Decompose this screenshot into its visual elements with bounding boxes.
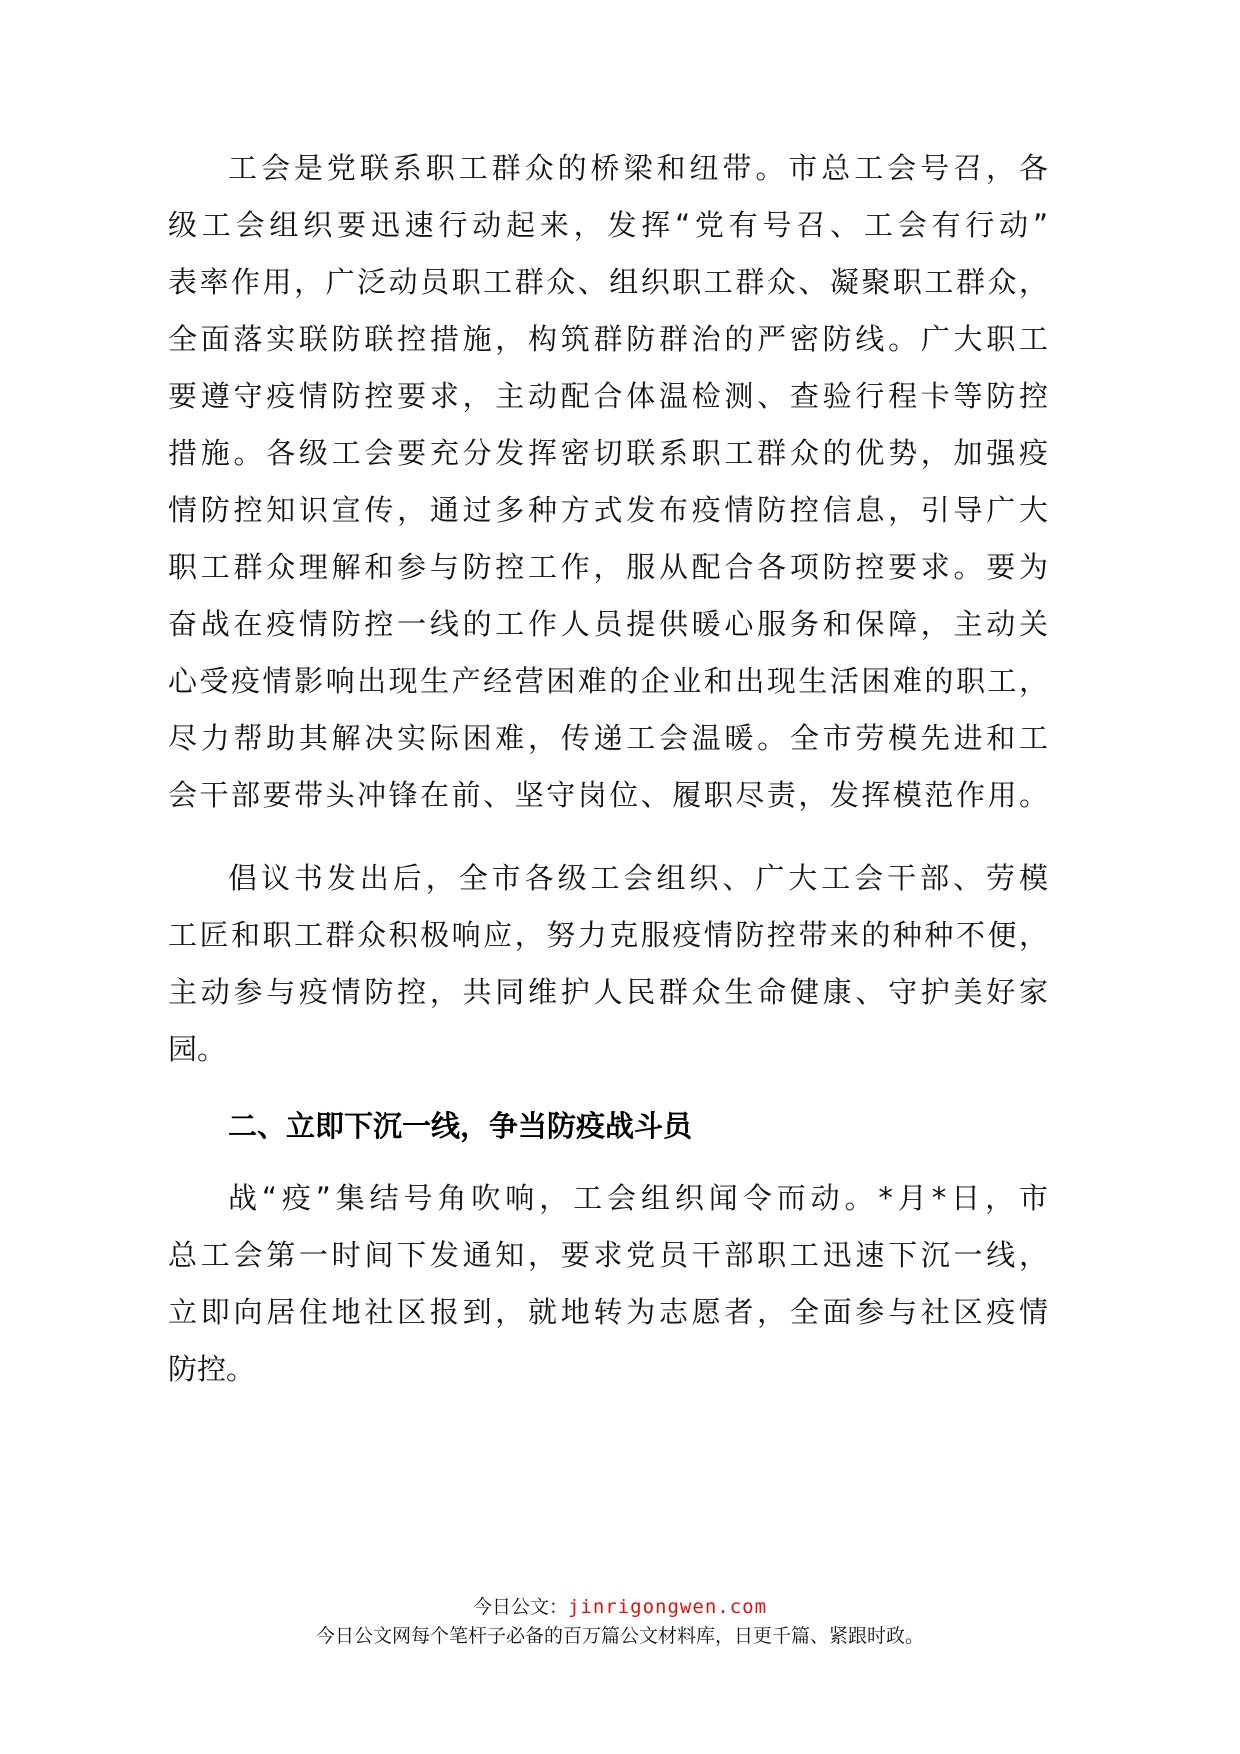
text-line: 级工会组织要迅速行动起来，发挥“党有号召、工会有行动” [168, 205, 1048, 245]
text-line: 总工会第一时间下发通知，要求党员干部职工迅速下沉一线， [168, 1235, 1048, 1275]
document-page: 工会是党联系职工群众的桥梁和纽带。市总工会号召，各 级工会组织要迅速行动起来，发… [0, 0, 1240, 1754]
text-line: 尽力帮助其解决实际困难，传递工会温暖。全市劳模先进和工 [168, 718, 1048, 758]
text-line: 职工群众理解和参与防控工作，服从配合各项防控要求。要为 [168, 547, 1048, 587]
footer-site-label: 今日公文： [473, 1596, 568, 1618]
text-line: 全面落实联防联控措施，构筑群防群治的严密防线。广大职工 [168, 319, 1048, 359]
section-heading: 二、立即下沉一线，争当防疫战斗员 [228, 1106, 692, 1146]
text-line: 奋战在疫情防控一线的工作人员提供暖心服务和保障，主动关 [168, 604, 1048, 644]
text-line: 立即向居住地社区报到，就地转为志愿者，全面参与社区疫情 [168, 1292, 1048, 1332]
text-line: 倡议书发出后，全市各级工会组织、广大工会干部、劳模 [228, 858, 1048, 898]
text-line: 园。 [168, 1029, 1048, 1069]
text-line: 防控。 [168, 1349, 1048, 1389]
text-line: 战“疫”集结号角吹响，工会组织闻令而动。*月*日，市 [228, 1178, 1048, 1218]
text-line: 要遵守疫情防控要求，主动配合体温检测、查验行程卡等防控 [168, 376, 1048, 416]
footer-slogan: 今日公文网每个笔杆子必备的百万篇公文材料库，日更千篇、紧跟时政。 [0, 1623, 1240, 1649]
text-line: 工会是党联系职工群众的桥梁和纽带。市总工会号召，各 [228, 148, 1048, 188]
text-line: 会干部要带头冲锋在前、坚守岗位、履职尽责，发挥模范作用。 [168, 775, 1048, 815]
text-line: 工匠和职工群众积极响应，努力克服疫情防控带来的种种不便， [168, 915, 1048, 955]
footer-site-link[interactable]: jinrigongwen.com [568, 1596, 767, 1618]
text-line: 措施。各级工会要充分发挥密切联系职工群众的优势，加强疫 [168, 433, 1048, 473]
text-line: 情防控知识宣传，通过多种方式发布疫情防控信息，引导广大 [168, 490, 1048, 530]
text-line: 表率作用，广泛动员职工群众、组织职工群众、凝聚职工群众， [168, 262, 1048, 302]
footer-site: 今日公文：jinrigongwen.com [0, 1594, 1240, 1620]
text-line: 心受疫情影响出现生产经营困难的企业和出现生活困难的职工， [168, 661, 1048, 701]
text-line: 主动参与疫情防控，共同维护人民群众生命健康、守护美好家 [168, 972, 1048, 1012]
